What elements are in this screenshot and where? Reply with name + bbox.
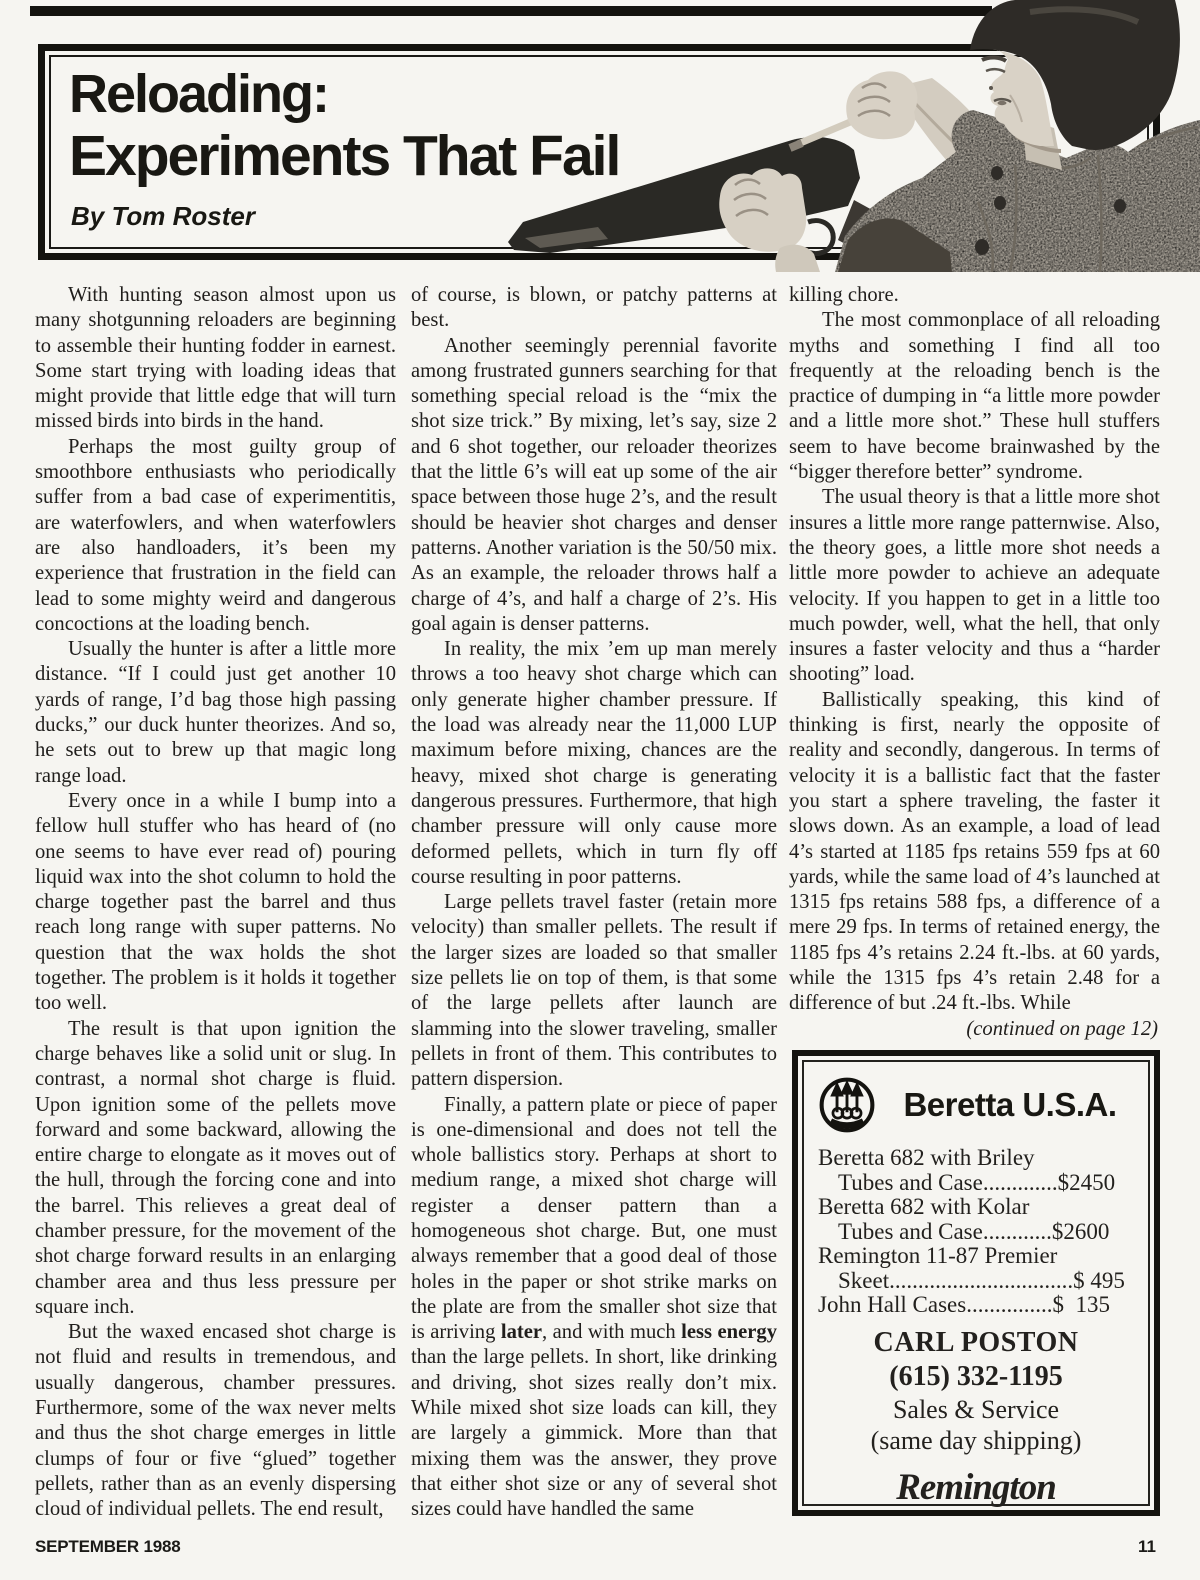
ad-shipping-line: (same day shipping) [818, 1425, 1134, 1456]
article-paragraph: Perhaps the most guilty group of smoothb… [35, 435, 396, 637]
ad-price-line: Skeet................................$ 4… [818, 1269, 1134, 1294]
ad-price-line: Beretta 682 with Kolar [818, 1195, 1134, 1220]
article-paragraph: Usually the hunter is after a little mor… [35, 637, 396, 789]
article-paragraph: With hunting season almost upon us many … [35, 283, 396, 435]
ad-price-list: Beretta 682 with BrileyTubes and Case...… [818, 1146, 1134, 1318]
beretta-ad: Beretta U.S.A. Beretta 682 with BrileyTu… [792, 1050, 1160, 1516]
ad-price-line: John Hall Cases...............$ 135 [818, 1293, 1134, 1318]
ad-inner-border: Beretta U.S.A. Beretta 682 with BrileyTu… [802, 1060, 1150, 1506]
article-paragraph: of course, is blown, or patchy patterns … [411, 283, 777, 334]
issue-date: SEPTEMBER 1988 [35, 1537, 181, 1557]
article-paragraph: Every once in a while I bump into a fell… [35, 789, 396, 1017]
article-paragraph: Ballistically speaking, this kind of thi… [789, 688, 1160, 1017]
remington-logo: Remington [818, 1466, 1134, 1509]
article-paragraph: The result is that upon ignition the cha… [35, 1017, 396, 1321]
article-paragraph: (continued on page 12) [789, 1017, 1160, 1042]
ad-sales-line: Sales & Service [818, 1394, 1134, 1425]
article-paragraph: The most commonplace of all reloading my… [789, 308, 1160, 485]
article-paragraph: Another seemingly perennial favorite amo… [411, 334, 777, 638]
ad-price-line: Remington 11-87 Premier [818, 1244, 1134, 1269]
ad-phone-number: (615) 332-1195 [818, 1360, 1134, 1394]
article-paragraph: In reality, the mix ’em up man merely th… [411, 637, 777, 890]
article-column-3: killing chore.The most commonplace of al… [789, 283, 1160, 1042]
article-column-1: With hunting season almost upon us many … [35, 283, 396, 1523]
fist [846, 71, 917, 139]
article-byline: By Tom Roster [71, 201, 255, 232]
magazine-page: Reloading: Experiments That Fail By Tom … [0, 0, 1200, 1580]
article-paragraph: killing chore. [789, 283, 1160, 308]
article-paragraph: Finally, a pattern plate or piece of pap… [411, 1093, 777, 1523]
article-paragraph: But the waxed encased shot charge is not… [35, 1320, 396, 1522]
ad-contact-name: CARL POSTON [818, 1326, 1134, 1360]
article-column-2: of course, is blown, or patchy patterns … [411, 283, 777, 1523]
beretta-trident-logo-icon [818, 1076, 876, 1134]
article-paragraph: The usual theory is that a little more s… [789, 485, 1160, 687]
ad-price-line: Tubes and Case............$2600 [818, 1220, 1134, 1245]
tom-roster-photo [430, 0, 1200, 272]
shotgun-image [508, 137, 894, 264]
ad-price-line: Tubes and Case.............$2450 [818, 1171, 1134, 1196]
article-kicker-title: Reloading: [69, 63, 328, 125]
ad-price-line: Beretta 682 with Briley [818, 1146, 1134, 1171]
article-paragraph: Large pellets travel faster (retain more… [411, 890, 777, 1092]
ad-brand-name: Beretta U.S.A. [886, 1086, 1134, 1124]
page-number: 11 [1138, 1537, 1156, 1557]
